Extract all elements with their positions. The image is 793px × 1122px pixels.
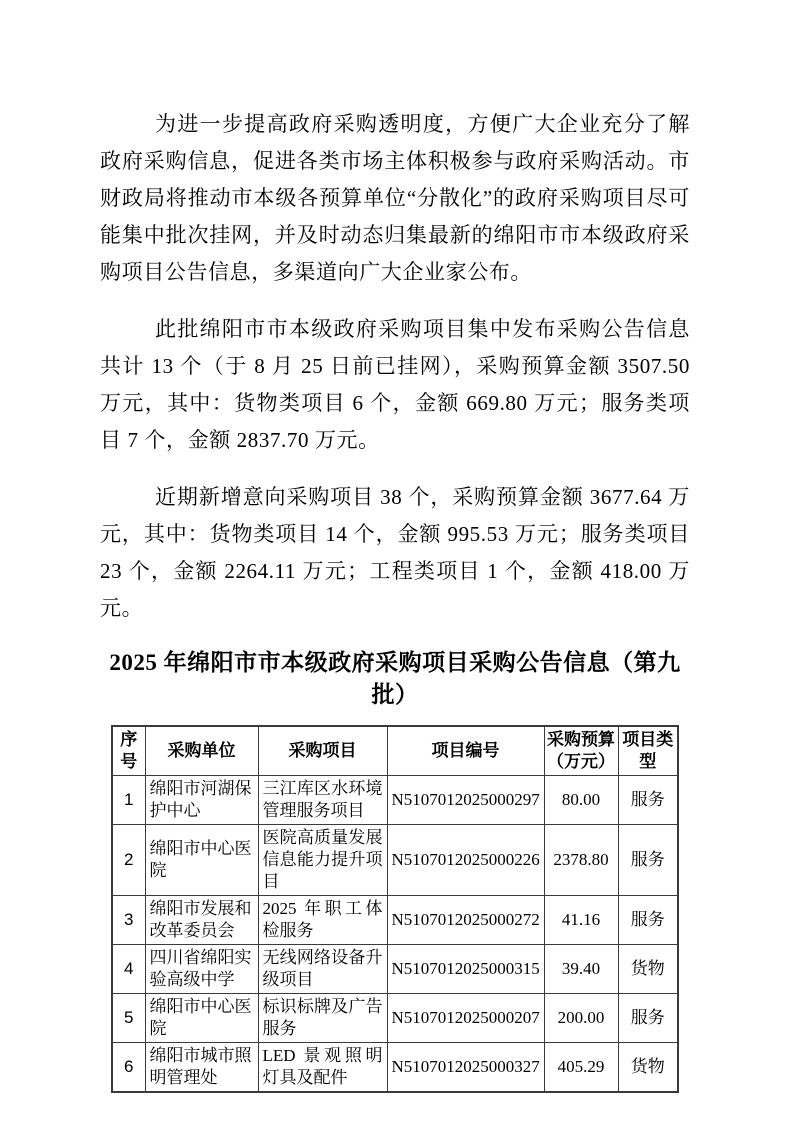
cell-project-number: N5107012025000207 bbox=[387, 994, 544, 1043]
current-batch-paragraph: 此批绵阳市市本级政府采购项目集中发布采购公告信息共计 13 个（于 8 月 25… bbox=[100, 311, 690, 459]
cell-budget: 405.29 bbox=[544, 1043, 618, 1093]
header-project-type: 项目类 型 bbox=[618, 726, 678, 776]
table-title: 2025 年绵阳市市本级政府采购项目采购公告信息（第九批） bbox=[100, 647, 690, 711]
cell-serial-number: 1 bbox=[112, 776, 145, 825]
cell-budget: 41.16 bbox=[544, 896, 618, 945]
cell-budget: 200.00 bbox=[544, 994, 618, 1043]
cell-purchasing-unit: 绵阳市中心医院 bbox=[145, 825, 258, 896]
cell-project-type: 货物 bbox=[618, 1043, 678, 1093]
cell-project-type: 货物 bbox=[618, 945, 678, 994]
table-row: 3 绵阳市发展和改革委员会 2025 年职工体检服务 N510701202500… bbox=[112, 896, 678, 945]
cell-project-type: 服务 bbox=[618, 896, 678, 945]
cell-project-type: 服务 bbox=[618, 994, 678, 1043]
table-row: 2 绵阳市中心医院 医院高质量发展信息能力提升项目 N5107012025000… bbox=[112, 825, 678, 896]
cell-project-number: N5107012025000315 bbox=[387, 945, 544, 994]
cell-serial-number: 2 bbox=[112, 825, 145, 896]
cell-procurement-project: 无线网络设备升级项目 bbox=[258, 945, 387, 994]
cell-serial-number: 3 bbox=[112, 896, 145, 945]
cell-project-type: 服务 bbox=[618, 776, 678, 825]
cell-serial-number: 6 bbox=[112, 1043, 145, 1093]
intro-paragraph: 为进一步提高政府采购透明度，方便广大企业充分了解政府采购信息，促进各类市场主体积… bbox=[100, 106, 690, 291]
cell-project-number: N5107012025000272 bbox=[387, 896, 544, 945]
header-serial-number: 序 号 bbox=[112, 726, 145, 776]
cell-procurement-project: 2025 年职工体检服务 bbox=[258, 896, 387, 945]
cell-budget: 80.00 bbox=[544, 776, 618, 825]
header-budget: 采购预算 （万元） bbox=[544, 726, 618, 776]
cell-procurement-project: LED 景观照明灯具及配件 bbox=[258, 1043, 387, 1093]
cell-serial-number: 5 bbox=[112, 994, 145, 1043]
new-intent-paragraph: 近期新增意向采购项目 38 个，采购预算金额 3677.64 万元，其中：货物类… bbox=[100, 479, 690, 627]
document-page: 为进一步提高政府采购透明度，方便广大企业充分了解政府采购信息，促进各类市场主体积… bbox=[0, 0, 793, 1122]
table-header-row: 序 号 采购单位 采购项目 项目编号 采购预算 （万元） 项目类 型 bbox=[112, 726, 678, 776]
cell-budget: 39.40 bbox=[544, 945, 618, 994]
cell-purchasing-unit: 绵阳市河湖保护中心 bbox=[145, 776, 258, 825]
cell-project-number: N5107012025000226 bbox=[387, 825, 544, 896]
cell-purchasing-unit: 绵阳市发展和改革委员会 bbox=[145, 896, 258, 945]
header-project-number: 项目编号 bbox=[387, 726, 544, 776]
cell-procurement-project: 医院高质量发展信息能力提升项目 bbox=[258, 825, 387, 896]
cell-procurement-project: 标识标牌及广告服务 bbox=[258, 994, 387, 1043]
cell-purchasing-unit: 四川省绵阳实验高级中学 bbox=[145, 945, 258, 994]
header-procurement-project: 采购项目 bbox=[258, 726, 387, 776]
table-row: 5 绵阳市中心医院 标识标牌及广告服务 N5107012025000207 20… bbox=[112, 994, 678, 1043]
procurement-table: 序 号 采购单位 采购项目 项目编号 采购预算 （万元） 项目类 型 1 绵阳市… bbox=[111, 725, 679, 1093]
cell-purchasing-unit: 绵阳市城市照明管理处 bbox=[145, 1043, 258, 1093]
cell-project-number: N5107012025000327 bbox=[387, 1043, 544, 1093]
cell-serial-number: 4 bbox=[112, 945, 145, 994]
table-row: 4 四川省绵阳实验高级中学 无线网络设备升级项目 N51070120250003… bbox=[112, 945, 678, 994]
cell-budget: 2378.80 bbox=[544, 825, 618, 896]
table-row: 1 绵阳市河湖保护中心 三江库区水环境管理服务项目 N5107012025000… bbox=[112, 776, 678, 825]
cell-project-number: N5107012025000297 bbox=[387, 776, 544, 825]
cell-project-type: 服务 bbox=[618, 825, 678, 896]
cell-purchasing-unit: 绵阳市中心医院 bbox=[145, 994, 258, 1043]
table-row: 6 绵阳市城市照明管理处 LED 景观照明灯具及配件 N510701202500… bbox=[112, 1043, 678, 1093]
header-purchasing-unit: 采购单位 bbox=[145, 726, 258, 776]
cell-procurement-project: 三江库区水环境管理服务项目 bbox=[258, 776, 387, 825]
